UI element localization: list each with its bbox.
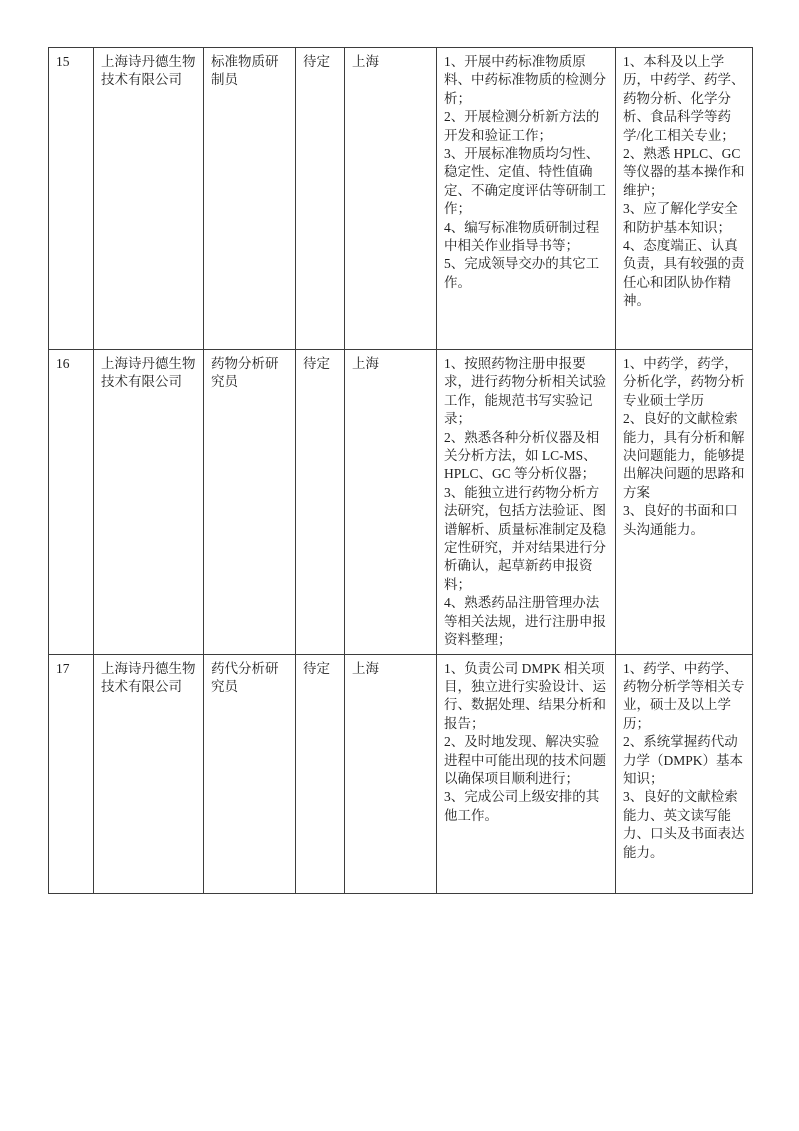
requirements-cell: 1、中药学，药学，分析化学，药物分析专业硕士学历 2、良好的文献检索能力，具有分… bbox=[616, 350, 753, 655]
table-row: 17 上海诗丹德生物技术有限公司 药代分析研究员 待定 上海 1、负责公司 DM… bbox=[49, 654, 753, 893]
jobs-table: 15 上海诗丹德生物技术有限公司 标准物质研制员 待定 上海 1、开展中药标准物… bbox=[48, 47, 753, 894]
row-number-cell: 17 bbox=[49, 654, 94, 893]
duties-cell: 1、开展中药标准物质原料、中药标准物质的检测分析； 2、开展检测分析新方法的开发… bbox=[437, 48, 616, 350]
row-number-cell: 15 bbox=[49, 48, 94, 350]
duties-cell: 1、按照药物注册申报要求，进行药物分析相关试验工作，能规范书写实验记录； 2、熟… bbox=[437, 350, 616, 655]
position-cell: 药物分析研究员 bbox=[204, 350, 296, 655]
salary-cell: 待定 bbox=[296, 654, 345, 893]
location-cell: 上海 bbox=[345, 48, 437, 350]
salary-cell: 待定 bbox=[296, 350, 345, 655]
company-cell: 上海诗丹德生物技术有限公司 bbox=[94, 48, 204, 350]
location-cell: 上海 bbox=[345, 350, 437, 655]
duties-cell: 1、负责公司 DMPK 相关项目，独立进行实验设计、运行、数据处理、结果分析和报… bbox=[437, 654, 616, 893]
document-page: 15 上海诗丹德生物技术有限公司 标准物质研制员 待定 上海 1、开展中药标准物… bbox=[0, 0, 799, 1131]
requirements-cell: 1、本科及以上学历，中药学、药学、药物分析、化学分析、食品科学等药学/化工相关专… bbox=[616, 48, 753, 350]
salary-cell: 待定 bbox=[296, 48, 345, 350]
row-number-cell: 16 bbox=[49, 350, 94, 655]
company-cell: 上海诗丹德生物技术有限公司 bbox=[94, 654, 204, 893]
position-cell: 药代分析研究员 bbox=[204, 654, 296, 893]
table-row: 15 上海诗丹德生物技术有限公司 标准物质研制员 待定 上海 1、开展中药标准物… bbox=[49, 48, 753, 350]
company-cell: 上海诗丹德生物技术有限公司 bbox=[94, 350, 204, 655]
location-cell: 上海 bbox=[345, 654, 437, 893]
requirements-cell: 1、药学、中药学、药物分析学等相关专业，硕士及以上学历； 2、系统掌握药代动力学… bbox=[616, 654, 753, 893]
table-row: 16 上海诗丹德生物技术有限公司 药物分析研究员 待定 上海 1、按照药物注册申… bbox=[49, 350, 753, 655]
position-cell: 标准物质研制员 bbox=[204, 48, 296, 350]
